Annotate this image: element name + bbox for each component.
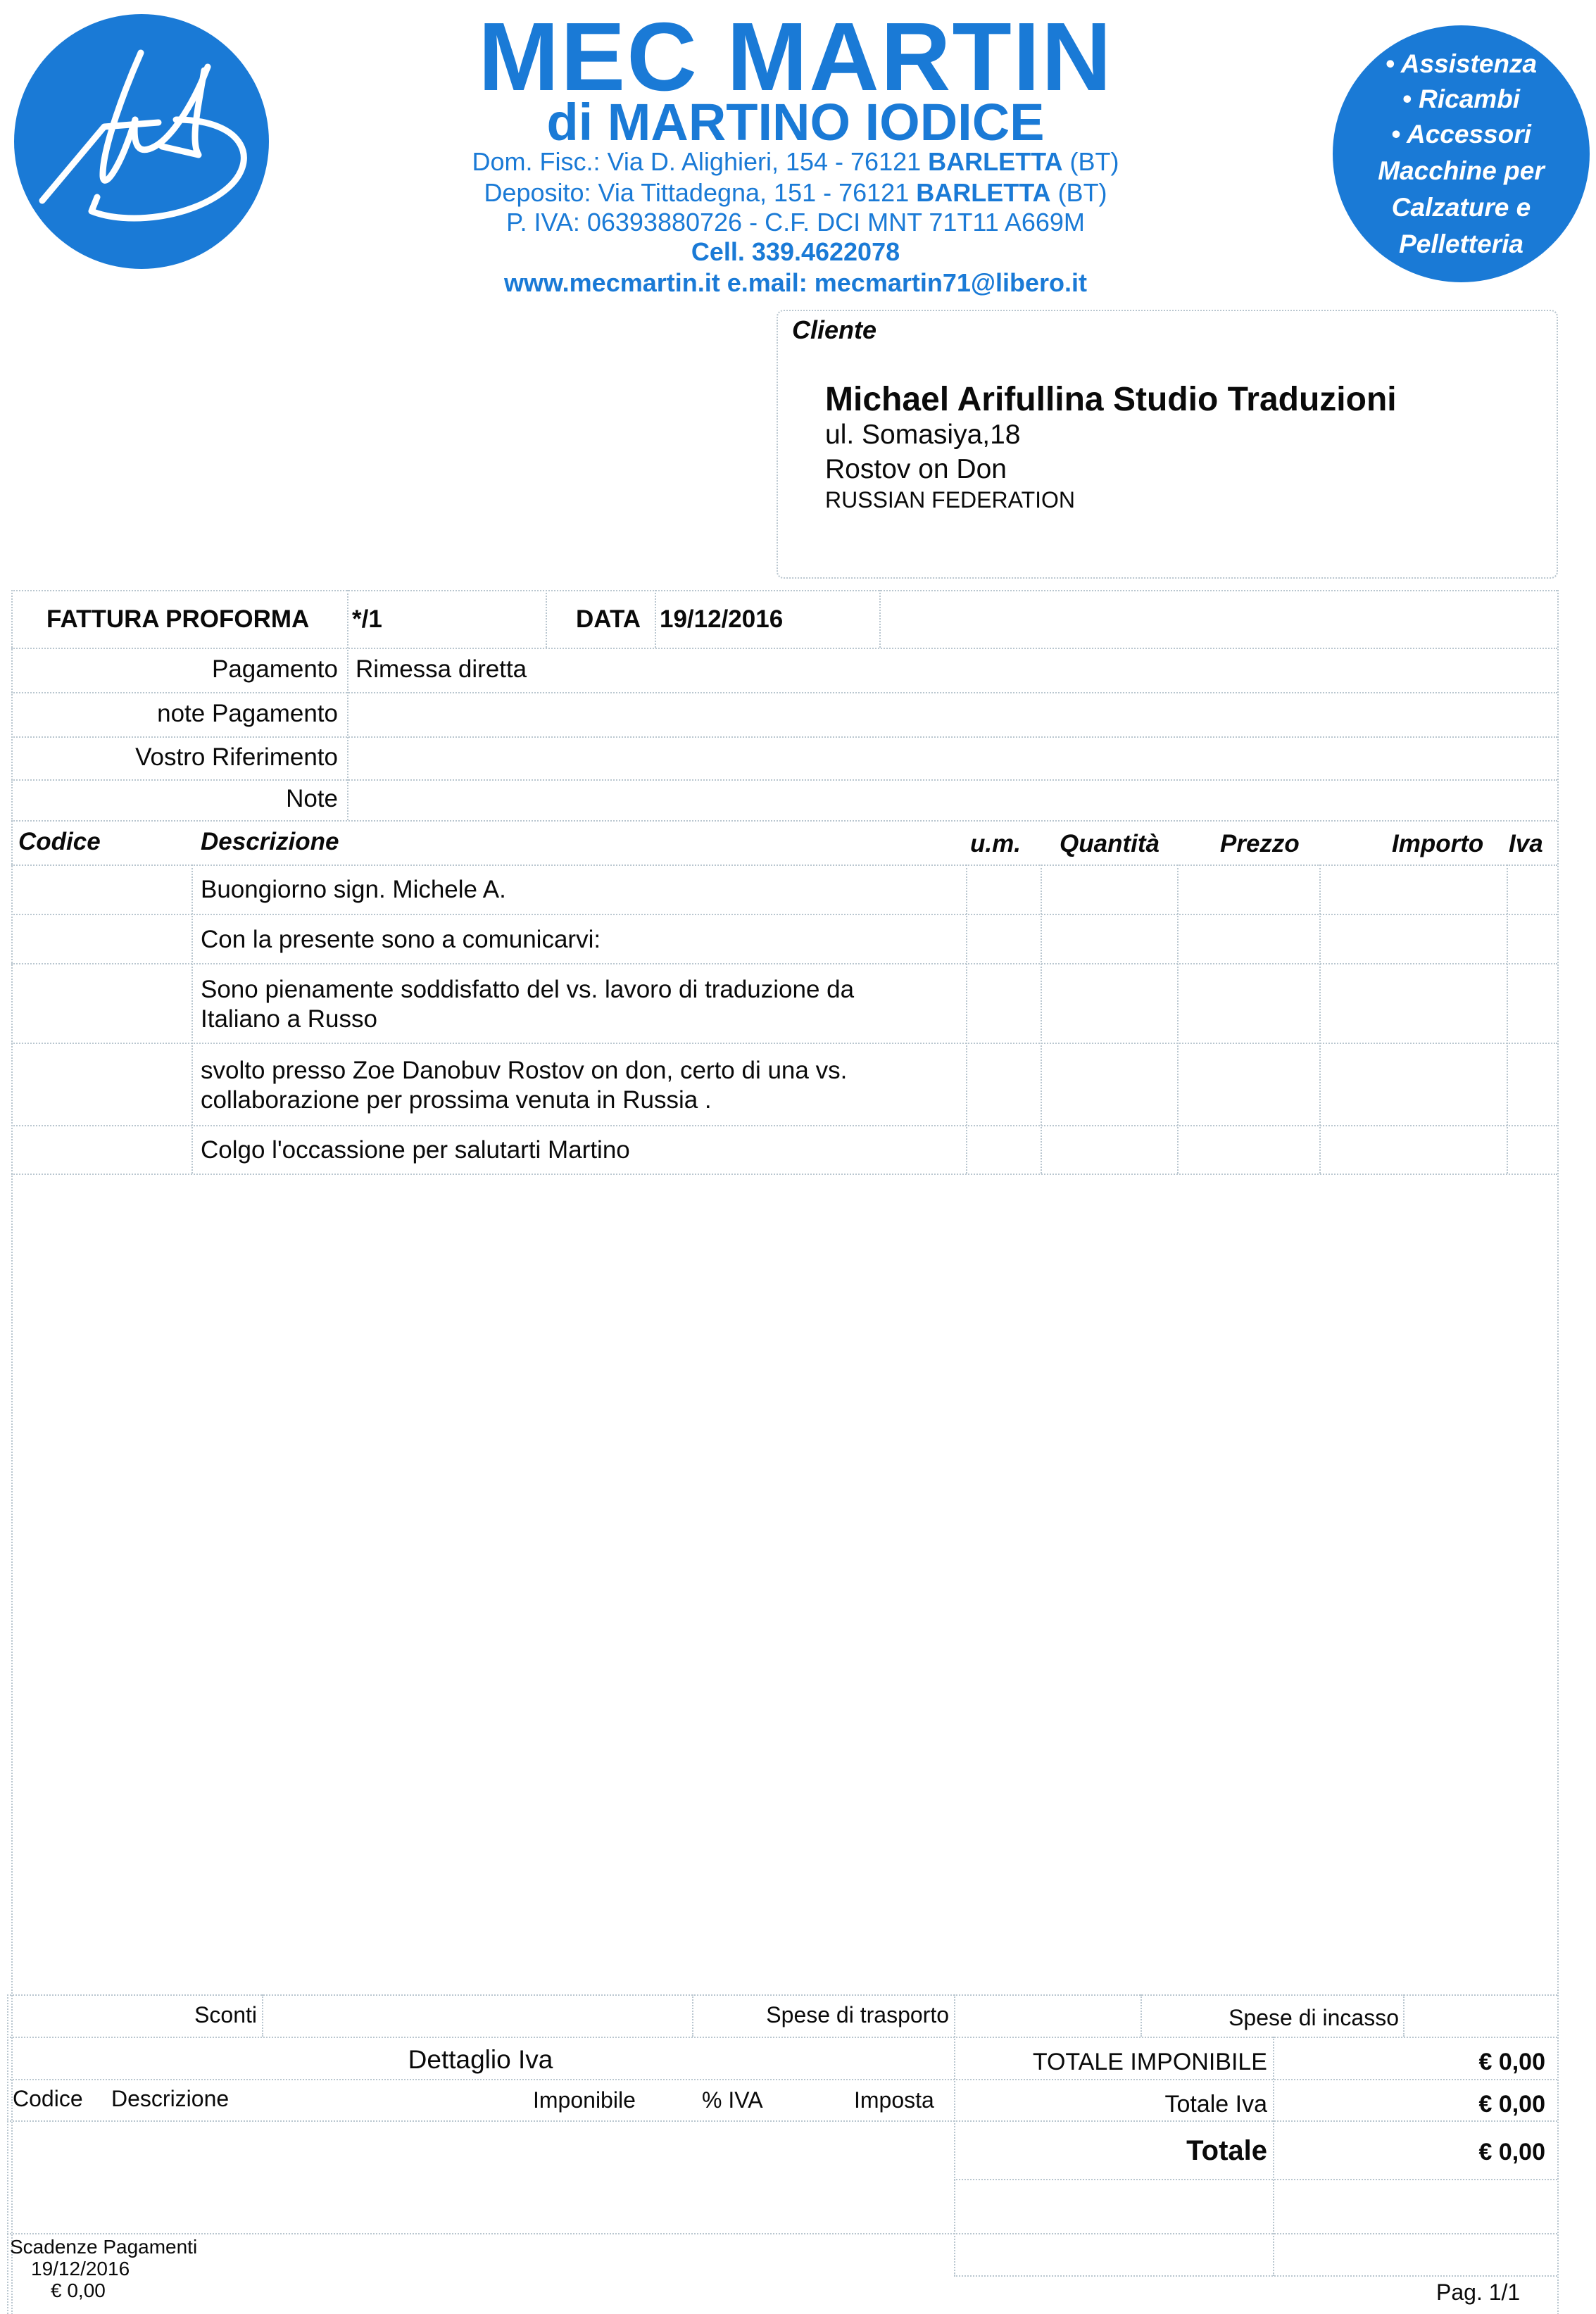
col-amount: Importo xyxy=(1392,829,1483,859)
company-deposit-address: Deposito: Via Tittadegna, 151 - 76121 BA… xyxy=(394,177,1197,208)
total-vat-label: Totale Iva xyxy=(957,2089,1267,2119)
page-number: Pag. 1/1 xyxy=(1436,2280,1520,2306)
discounts-label: Sconti xyxy=(70,2000,257,2030)
payment-due-title: Scadenze Pagamenti xyxy=(10,2236,197,2258)
badge-line: • Ricambi xyxy=(1333,82,1590,117)
payment-due-block: Scadenze Pagamenti 19/12/2016 € 0,00 xyxy=(10,2236,197,2301)
payment-due-date: 19/12/2016 xyxy=(10,2258,197,2280)
total-taxable-label: TOTALE IMPONIBILE xyxy=(957,2047,1267,2077)
line-item-row: svolto presso Zoe Danobuv Rostov on don,… xyxy=(201,1056,847,1115)
vat-col-rate: % IVA xyxy=(702,2085,763,2115)
collection-costs-label: Spese di incasso xyxy=(1148,2003,1399,2032)
payment-label: Pagamento xyxy=(42,655,338,684)
vat-col-description: Descrizione xyxy=(111,2084,229,2113)
col-unit: u.m. xyxy=(970,829,1021,859)
badge-line: • Accessori xyxy=(1333,117,1590,152)
signature-logo-icon xyxy=(14,14,269,269)
deposit-province: (BT) xyxy=(1058,178,1107,207)
client-name: Michael Arifullina Studio Traduzioni xyxy=(825,380,1397,419)
vat-detail-title: Dettaglio Iva xyxy=(7,2045,954,2075)
vat-col-code: Codice xyxy=(13,2084,83,2113)
line-item-description: Con la presente sono a comunicarvi: xyxy=(201,925,601,955)
shipping-costs-label: Spese di trasporto xyxy=(697,2000,949,2030)
grand-total-value: € 0,00 xyxy=(1278,2137,1545,2167)
client-city: Rostov on Don xyxy=(825,454,1007,485)
your-reference-label: Vostro Riferimento xyxy=(42,743,338,772)
date-label: DATA xyxy=(576,605,641,634)
deposit-address-text: Deposito: Via Tittadegna, 151 - 76121 xyxy=(484,178,909,207)
line-item-row: Sono pienamente soddisfatto del vs. lavo… xyxy=(201,975,854,1034)
line-item-description: collaborazione per prossima venuta in Ru… xyxy=(201,1086,847,1115)
company-web-email: www.mecmartin.it e.mail: mecmartin71@lib… xyxy=(394,268,1197,298)
company-vat-line: P. IVA: 06393880726 - C.F. DCI MNT 71T11… xyxy=(394,207,1197,238)
col-vat: Iva xyxy=(1509,829,1543,859)
fiscal-province: (BT) xyxy=(1070,147,1119,176)
invoice-number: */1 xyxy=(352,605,382,634)
company-owner: di MARTINO IODICE xyxy=(394,92,1197,153)
payment-value: Rimessa diretta xyxy=(356,655,527,684)
line-item-row: Con la presente sono a comunicarvi: xyxy=(201,925,601,955)
deposit-city: BARLETTA xyxy=(916,178,1050,207)
vat-col-tax: Imposta xyxy=(854,2085,934,2115)
line-item-description: Italiano a Russo xyxy=(201,1005,854,1034)
col-description: Descrizione xyxy=(201,827,339,857)
services-badge: • Assistenza • Ricambi • Accessori Macch… xyxy=(1333,25,1590,282)
vat-col-taxable: Imponibile xyxy=(533,2085,636,2115)
line-item-row: Colgo l'occassione per salutarti Martino xyxy=(201,1136,630,1165)
client-country: RUSSIAN FEDERATION xyxy=(825,487,1075,513)
payment-notes-label: note Pagamento xyxy=(42,699,338,729)
client-street: ul. Somasiya,18 xyxy=(825,420,1020,451)
col-code: Codice xyxy=(18,827,101,857)
company-logo xyxy=(14,14,269,269)
badge-line: Macchine per xyxy=(1333,153,1590,189)
line-item-row: Buongiorno sign. Michele A. xyxy=(201,875,506,905)
badge-line: • Assistenza xyxy=(1333,46,1590,82)
line-item-description: Colgo l'occassione per salutarti Martino xyxy=(201,1136,630,1165)
notes-label: Note xyxy=(42,784,338,814)
company-fiscal-address: Dom. Fisc.: Via D. Alighieri, 154 - 7612… xyxy=(394,146,1197,177)
badge-line: Pelletteria xyxy=(1333,227,1590,262)
total-taxable-value: € 0,00 xyxy=(1278,2047,1545,2077)
invoice-date: 19/12/2016 xyxy=(660,605,783,634)
company-phone: Cell. 339.4622078 xyxy=(394,237,1197,268)
client-label: Cliente xyxy=(792,315,876,345)
col-quantity: Quantità xyxy=(1060,829,1160,859)
grand-total-label: Totale xyxy=(957,2136,1267,2165)
line-item-description: Buongiorno sign. Michele A. xyxy=(201,875,506,905)
document-type: FATTURA PROFORMA xyxy=(46,605,309,634)
line-item-description: Sono pienamente soddisfatto del vs. lavo… xyxy=(201,975,854,1005)
fiscal-city: BARLETTA xyxy=(928,147,1062,176)
total-vat-value: € 0,00 xyxy=(1278,2089,1545,2119)
fiscal-address-text: Dom. Fisc.: Via D. Alighieri, 154 - 7612… xyxy=(472,147,922,176)
line-item-description: svolto presso Zoe Danobuv Rostov on don,… xyxy=(201,1056,847,1086)
badge-line: Calzature e xyxy=(1333,190,1590,225)
payment-due-amount: € 0,00 xyxy=(10,2280,197,2301)
col-price: Prezzo xyxy=(1220,829,1300,859)
